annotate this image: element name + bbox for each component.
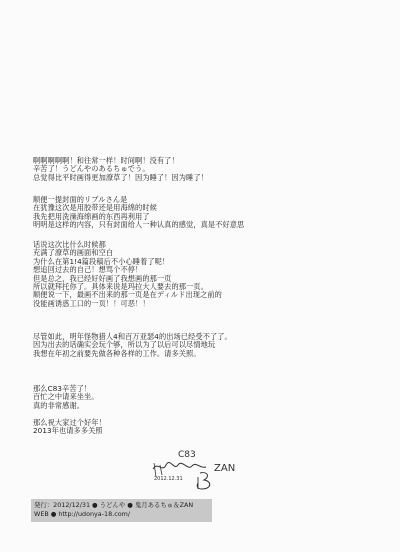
afterword-paragraph-5: 那么C83辛苦了！ 百忙之中请来坐坐。 真的非常感谢。 [33,385,99,410]
afterword-page: 啊啊啊啊啊！和往常一样！时间啊！没有了！ 辛苦了！うどんやのあるちゅでう。 总觉… [0,0,400,552]
text-line: 2013年也请多多关照 [33,427,106,435]
website-link[interactable]: WEB ● http://udonya-18.com/ [34,510,209,519]
text-line: 我想在年初之前要先做各种各样的工作。请多关照。 [33,350,232,358]
publication-info: 発行：2012/12/31 ● うどんや ● 鬼月あるちゅ＆ZAN [34,501,209,510]
text-line: 明明是这样的内容，只有封面给人一种认真的感觉，真是不好意思 [33,221,244,229]
afterword-paragraph-1: 啊啊啊啊啊！和往常一样！时间啊！没有了！ 辛苦了！うどんやのあるちゅでう。 总觉… [33,157,208,182]
signature-date: 2012.12.31 [154,476,183,482]
text-line: 总觉得比平时画得更加潦草了！因为睡了！因为睡了！ [33,174,208,182]
text-line: 真的非常感谢。 [33,402,99,410]
afterword-paragraph-2: 顺便一提封面的リブルさん是 在犹豫这次是用胶带还是用海绵的时候 我先把用洗澡海绵… [33,196,244,230]
signature-scribble-icon: C83 ZAN 2012.12.31 [148,447,268,497]
afterword-paragraph-4: 尽管如此，明年怪物猎人4和百万亚瑟4的出场已经受不了了。 因为出去的话确实会玩个… [33,333,232,358]
text-line: 没能画诱惑工口的一页！！可恶！！ [33,300,222,308]
handwritten-signature: C83 ZAN 2012.12.31 [148,447,268,497]
afterword-paragraph-6: 那么祝大家过个好年！ 2013年也请多多关照 [33,419,106,436]
colophon-box: 発行：2012/12/31 ● うどんや ● 鬼月あるちゅ＆ZAN WEB ● … [31,499,212,522]
signature-artist: ZAN [214,463,235,474]
signature-event: C83 [178,450,196,460]
afterword-paragraph-3: 话说这次比什么时候都 充满了潦草的画面和空白 为什么在第1!4篇段稿后不小心睡着… [33,241,222,308]
